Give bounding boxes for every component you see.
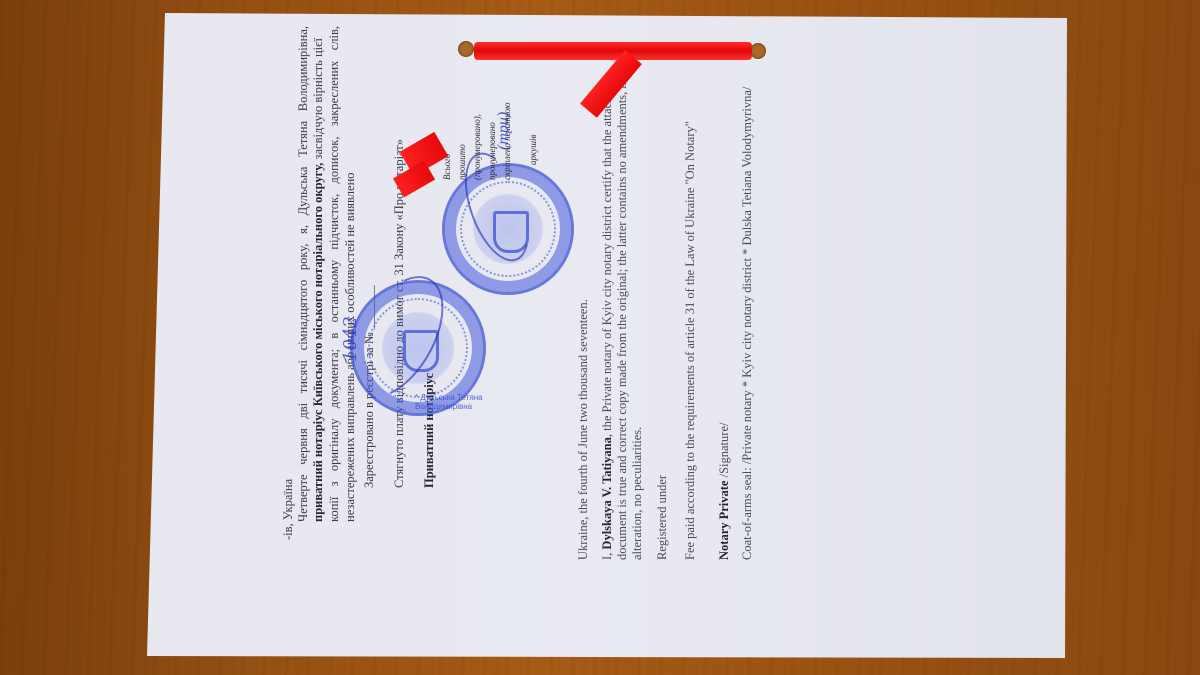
handwritten-sheet-count: (три) <box>495 112 513 150</box>
uk-cert-line-1: Четверте червня дві тисячі сімнадцятого … <box>296 26 311 522</box>
en-cert-line-3: alteration, no peculiarities. <box>630 427 645 560</box>
en-fee: Fee paid according to the requirements o… <box>683 121 698 560</box>
binding-hole <box>750 43 766 59</box>
en-cert-line-2: document is true and correct copy made f… <box>615 76 630 560</box>
en-cert-line-1: I, Dylskaya V. Tatiyana, the Private not… <box>600 85 615 560</box>
en-seal: Coat-of-arms seal: /Private notary * Kyi… <box>740 87 755 560</box>
uk-cert-line-2: приватний нотаріус Київського міського н… <box>311 38 326 522</box>
red-ribbon <box>474 42 752 60</box>
en-registered: Registered under <box>655 475 670 560</box>
uk-location-line: -ів, Україна <box>281 479 296 540</box>
en-notary-label: Notary Private /Signature/ <box>717 423 732 560</box>
handwritten-registry-number: 1042 <box>340 316 361 362</box>
binding-hole <box>458 41 474 57</box>
en-date: Ukraine, the fourth of June two thousand… <box>576 299 591 560</box>
uk-cert-line-3: копії з оригіналу документа; в останньом… <box>327 26 342 522</box>
sticker-sheets-label: аркушів <box>528 135 538 165</box>
